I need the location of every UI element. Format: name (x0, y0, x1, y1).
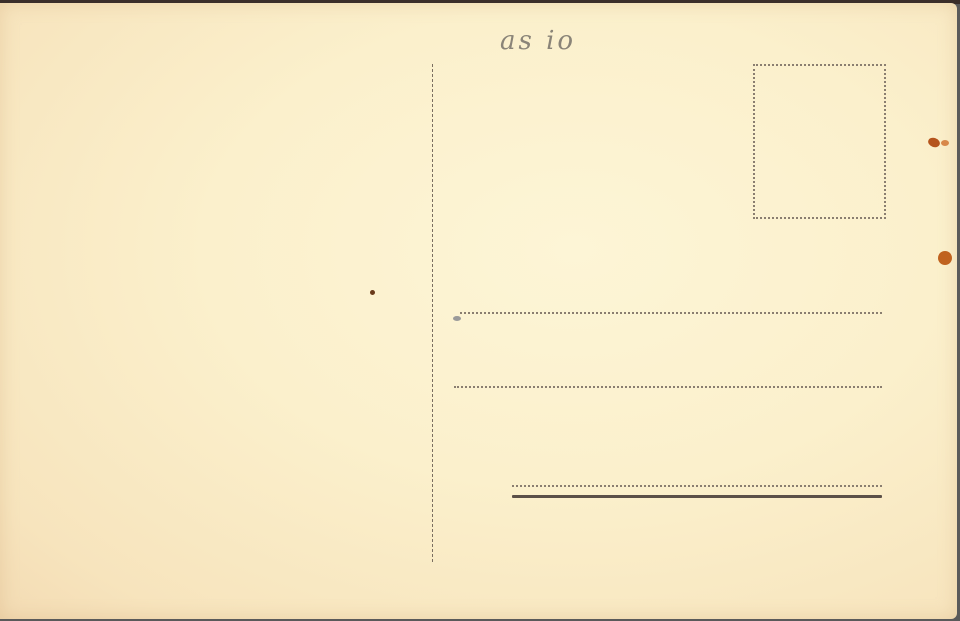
ink-speck (370, 290, 375, 295)
foxing-spot (938, 251, 952, 265)
foxing-spot (941, 140, 949, 146)
address-line-3 (512, 485, 882, 487)
center-divider-line (432, 64, 433, 562)
address-line-1 (460, 312, 882, 314)
smudge-mark (453, 316, 461, 321)
pencil-handwriting: as io (500, 26, 576, 56)
address-line-2 (454, 386, 882, 388)
stamp-box (753, 64, 886, 219)
address-underline (512, 495, 882, 498)
